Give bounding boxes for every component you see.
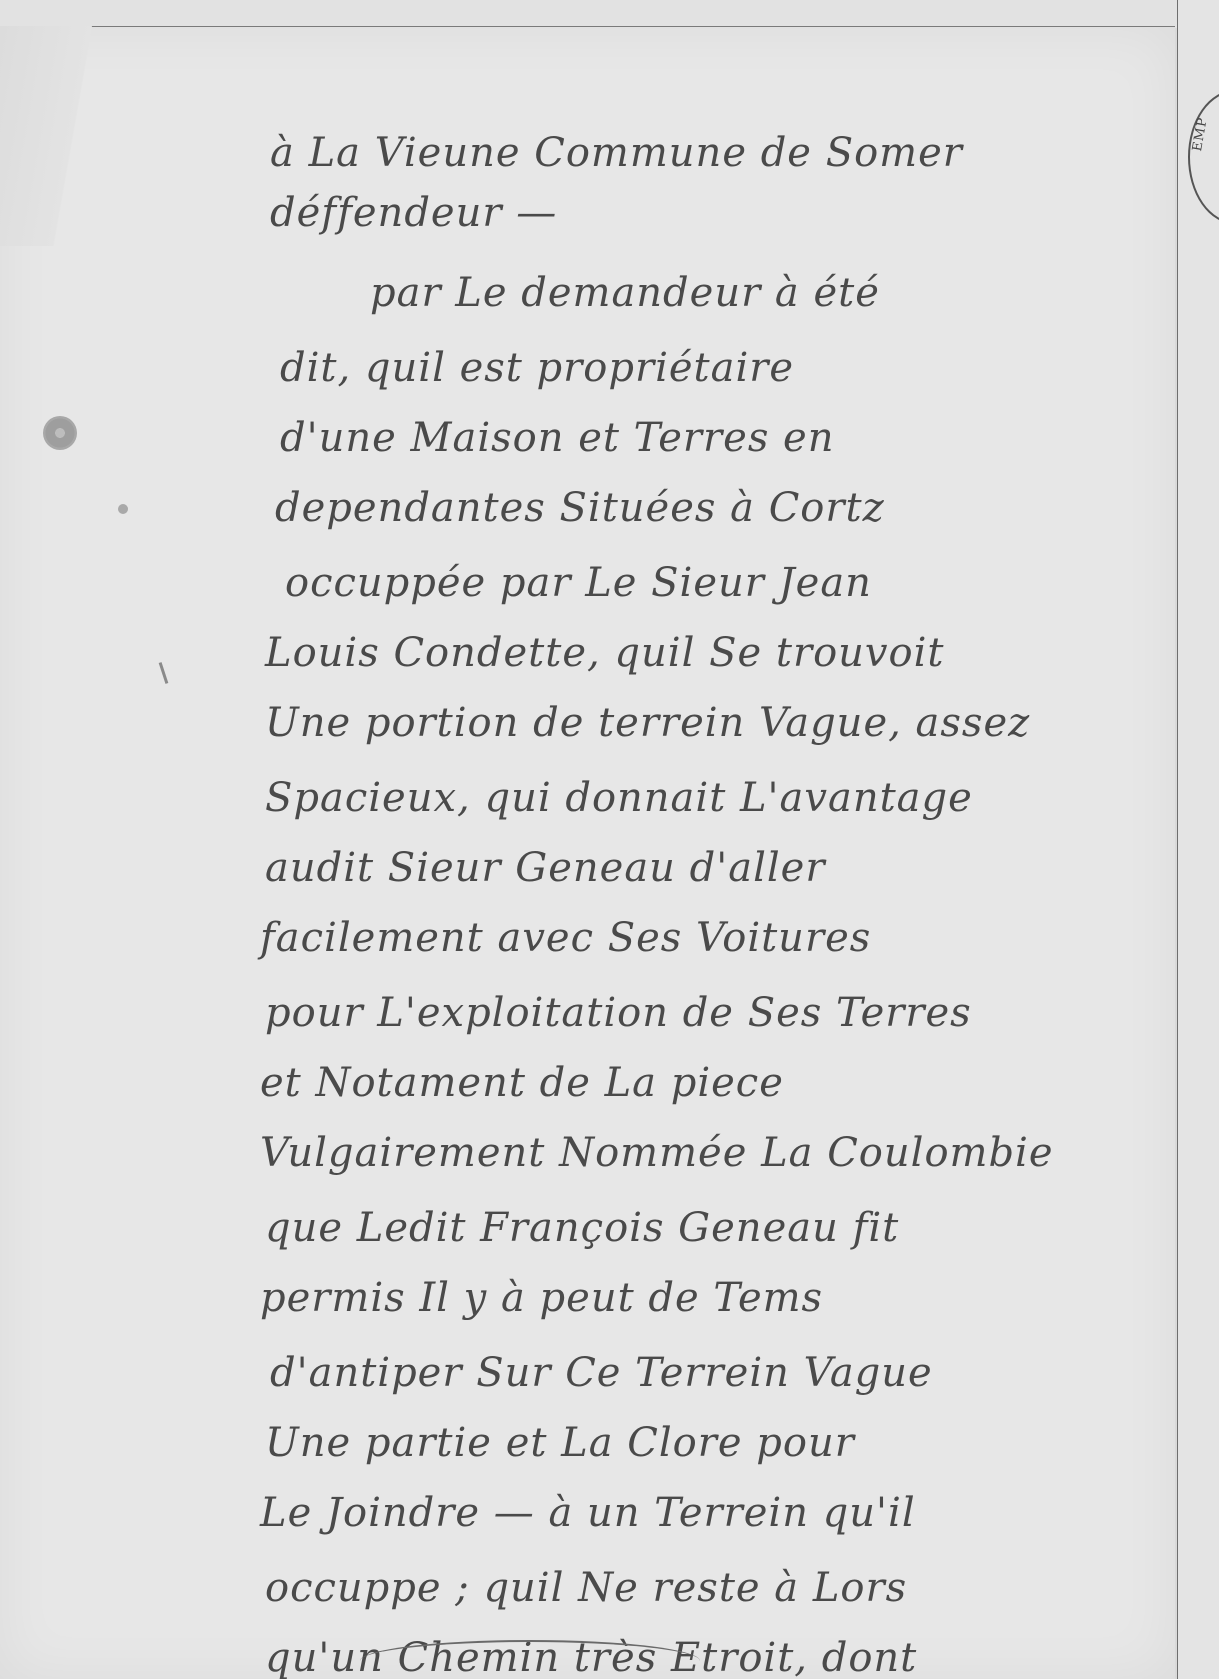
scan-background [0,0,1219,28]
manuscript-line: Louis Condette, quil Se trouvoit [265,630,944,676]
manuscript-line: par Le demandeur à été [370,270,880,316]
manuscript-line: occuppe ; quil Ne reste à Lors [265,1565,907,1611]
manuscript-line: Une portion de terrein Vague, assez [265,700,1030,746]
manuscript-line: dit, quil est propriétaire [280,345,794,391]
pen-flourish [360,1640,700,1679]
manuscript-line: Une partie et La Clore pour [265,1420,855,1466]
manuscript-line: que Ledit François Geneau fit [265,1205,899,1251]
manuscript-line: dependantes Situées à Cortz [275,485,885,531]
manuscript-line: Le Joindre — à un Terrein qu'il [260,1490,916,1536]
manuscript-line: permis Il y à peut de Tems [260,1275,823,1321]
ink-dot [118,504,128,514]
manuscript-line: Vulgairement Nommée La Coulombie [260,1130,1054,1176]
manuscript-line: et Notament de La piece [260,1060,784,1106]
manuscript-line: d'une Maison et Terres en [280,415,835,461]
manuscript-line: facilement avec Ses Voitures [260,915,871,961]
manuscript-line: pour L'exploitation de Ses Terres [265,990,972,1036]
manuscript-line: d'antiper Sur Ce Terrein Vague [270,1350,933,1396]
manuscript-line: Spacieux, qui donnait L'avantage [265,775,973,821]
manuscript-line: à La Vieune Commune de Somer [270,130,963,176]
manuscript-line: audit Sieur Geneau d'aller [265,845,825,891]
adjacent-page-edge [1177,0,1219,1679]
folded-corner [0,26,92,246]
manuscript-line: déffendeur — [270,190,557,236]
manuscript-line: occuppée par Le Sieur Jean [285,560,872,606]
ink-stain [43,416,77,450]
